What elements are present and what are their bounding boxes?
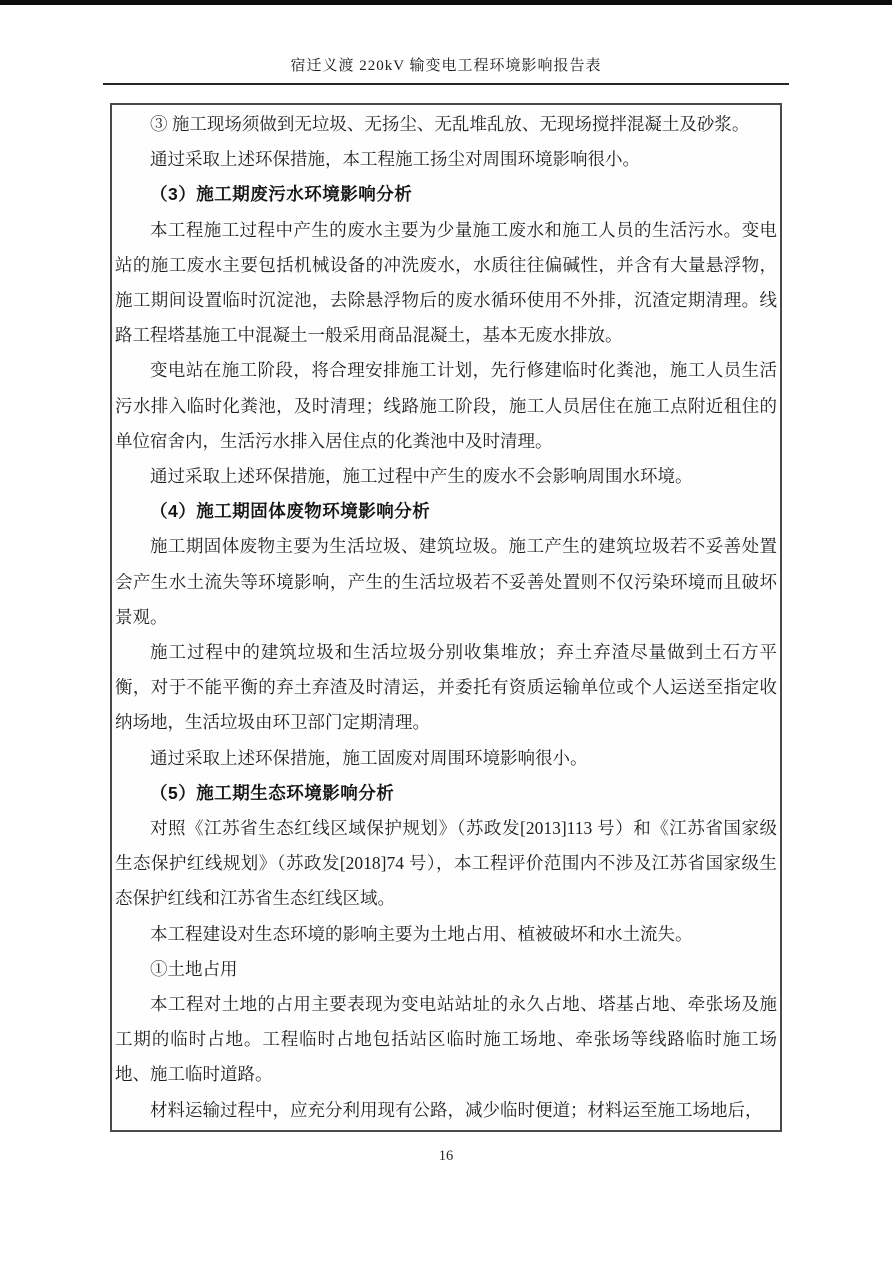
paragraph: 对照《江苏省生态红线区域保护规划》（苏政发[2013]113 号）和《江苏省国家… — [115, 811, 777, 917]
paragraph: 施工过程中的建筑垃圾和生活垃圾分别收集堆放；弃土弃渣尽量做到土石方平衡，对于不能… — [115, 635, 777, 741]
report-page: 宿迁义渡 220kV 输变电工程环境影响报告表 ③ 施工现场须做到无垃圾、无扬尘… — [0, 0, 892, 1262]
paragraph: 通过采取上述环保措施，本工程施工扬尘对周围环境影响很小。 — [115, 142, 777, 177]
page-header: 宿迁义渡 220kV 输变电工程环境影响报告表 — [0, 55, 892, 85]
page-number: 16 — [439, 1148, 454, 1164]
paragraph: 变电站在施工阶段，将合理安排施工计划，先行修建临时化粪池，施工人员生活污水排入临… — [115, 353, 777, 459]
paragraph: 本工程对土地的占用主要表现为变电站站址的永久占地、塔基占地、牵张场及施工期的临时… — [115, 987, 777, 1093]
section-heading: （5）施工期生态环境影响分析 — [115, 776, 777, 811]
header-title: 宿迁义渡 220kV 输变电工程环境影响报告表 — [0, 55, 892, 77]
section-heading: （4）施工期固体废物环境影响分析 — [115, 494, 777, 529]
report-body: ③ 施工现场须做到无垃圾、无扬尘、无乱堆乱放、无现场搅拌混凝土及砂浆。通过采取上… — [115, 107, 777, 1128]
paragraph: 通过采取上述环保措施，施工固废对周围环境影响很小。 — [115, 741, 777, 776]
paragraph: 本工程建设对生态环境的影响主要为土地占用、植被破坏和水土流失。 — [115, 917, 777, 952]
scan-edge-bar — [0, 0, 892, 5]
paragraph: 通过采取上述环保措施，施工过程中产生的废水不会影响周围水环境。 — [115, 459, 777, 494]
paragraph: ①土地占用 — [115, 952, 777, 987]
paragraph: 材料运输过程中，应充分利用现有公路，减少临时便道；材料运至施工场地后， — [115, 1093, 777, 1128]
paragraph: 本工程施工过程中产生的废水主要为少量施工废水和施工人员的生活污水。变电站的施工废… — [115, 213, 777, 354]
paragraph: 施工期固体废物主要为生活垃圾、建筑垃圾。施工产生的建筑垃圾若不妥善处置会产生水土… — [115, 529, 777, 635]
paragraph: ③ 施工现场须做到无垃圾、无扬尘、无乱堆乱放、无现场搅拌混凝土及砂浆。 — [115, 107, 777, 142]
report-table-cell: ③ 施工现场须做到无垃圾、无扬尘、无乱堆乱放、无现场搅拌混凝土及砂浆。通过采取上… — [110, 103, 782, 1132]
header-rule — [103, 83, 789, 85]
section-heading: （3）施工期废污水环境影响分析 — [115, 177, 777, 212]
page-footer: 16 — [0, 1148, 892, 1165]
